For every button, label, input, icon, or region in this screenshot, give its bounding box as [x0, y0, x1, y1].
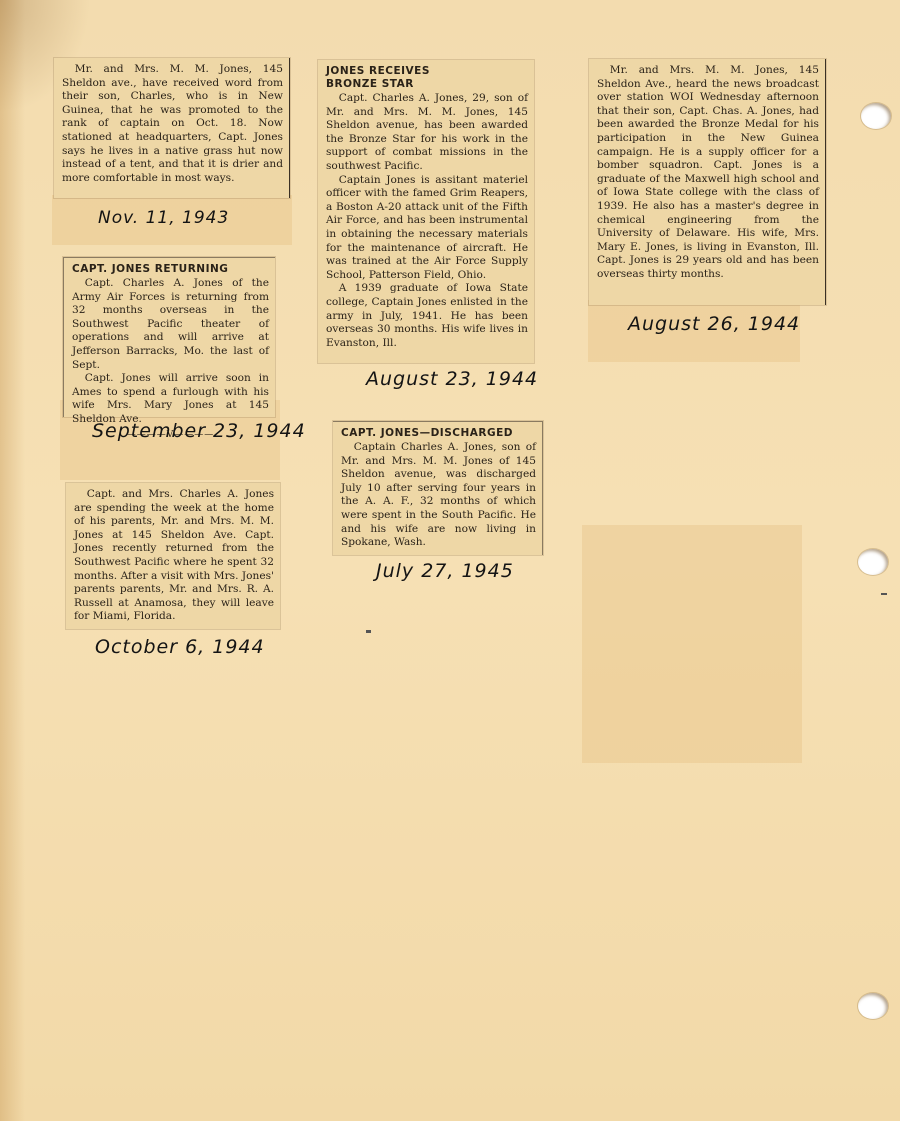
- clipping-paragraph: Capt. Charles A. Jones, 29, son of Mr. a…: [326, 92, 528, 174]
- binder-hole: [861, 103, 891, 129]
- clipping-broadcast: Mr. and Mrs. M. M. Jones, 145 Sheldon Av…: [589, 59, 826, 305]
- handwritten-date: September 23, 1944: [92, 420, 306, 442]
- paper-stain: [582, 525, 802, 763]
- clipping-paragraph: Capt. Charles A. Jones of the Army Air F…: [72, 277, 269, 372]
- ink-speck: [366, 630, 371, 633]
- handwritten-date: August 23, 1944: [366, 368, 538, 390]
- binder-hole: [858, 549, 888, 575]
- binder-hole: [858, 993, 888, 1019]
- clipping-paragraph: A 1939 graduate of Iowa State college, C…: [326, 282, 528, 350]
- clipping-returning: CAPT. JONES RETURNING Capt. Charles A. J…: [63, 257, 275, 417]
- clipping-paragraph: Mr. and Mrs. M. M. Jones, 145 Sheldon Av…: [597, 64, 819, 282]
- handwritten-date: October 6, 1944: [95, 636, 265, 658]
- clipping-headline: CAPT. JONES RETURNING: [72, 263, 269, 276]
- clipping-paragraph: Capt. Jones will arrive soon in Ames to …: [72, 372, 269, 426]
- clipping-headline: JONES RECEIVES BRONZE STAR: [326, 65, 456, 91]
- clipping-paragraph: Captain Jones is assitant materiel offic…: [326, 174, 528, 283]
- handwritten-date: Nov. 11, 1943: [98, 208, 229, 228]
- ink-speck: [881, 593, 887, 595]
- clipping-headline: CAPT. JONES—DISCHARGED: [341, 427, 536, 440]
- clipping-bronze-star: JONES RECEIVES BRONZE STAR Capt. Charles…: [318, 60, 534, 363]
- clipping-paragraph: Capt. and Mrs. Charles A. Jones are spen…: [74, 488, 274, 624]
- clipping-paragraph: Captain Charles A. Jones, son of Mr. and…: [341, 441, 536, 550]
- clipping-visiting: Capt. and Mrs. Charles A. Jones are spen…: [66, 483, 280, 629]
- handwritten-date: July 27, 1945: [376, 560, 514, 582]
- clipping-discharged: CAPT. JONES—DISCHARGED Captain Charles A…: [333, 421, 543, 555]
- handwritten-date: August 26, 1944: [628, 313, 800, 335]
- clipping-promotion: Mr. and Mrs. M. M. Jones, 145 Sheldon av…: [54, 58, 290, 198]
- clipping-paragraph: Mr. and Mrs. M. M. Jones, 145 Sheldon av…: [62, 63, 283, 185]
